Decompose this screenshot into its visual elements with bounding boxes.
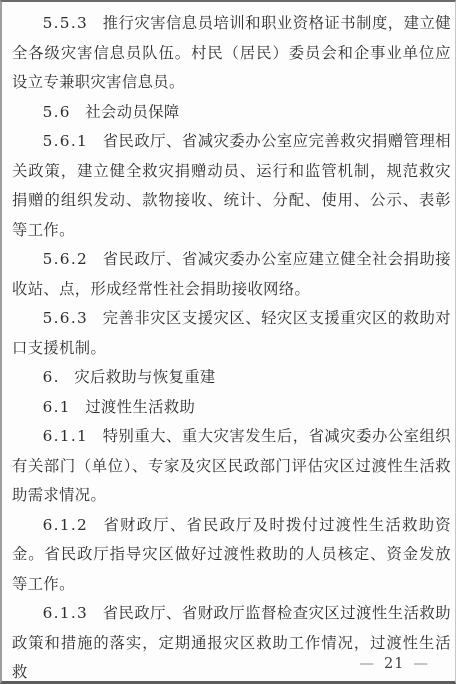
page-number-dash-right: — <box>414 656 430 672</box>
clause-number: 6.1.2 <box>43 516 88 534</box>
page-number-dash-left: — <box>360 656 376 672</box>
clause-number: 6. <box>43 368 60 386</box>
heading-6: 6.灾后救助与恢复重建 <box>12 363 451 393</box>
clause-number: 5.6.3 <box>43 309 88 327</box>
paragraph-5-6-1: 5.6.1省民政厅、省减灾委办公室应完善救灾捐赠管理相关政策，建立健全救灾捐赠动… <box>12 127 451 245</box>
clause-text: 灾后救助与恢复重建 <box>74 368 215 386</box>
clause-number: 5.6.2 <box>43 250 88 268</box>
heading-6-1: 6.1过渡性生活救助 <box>12 393 451 423</box>
paragraph-6-1-1: 6.1.1特别重大、重大灾害发生后，省减灾委办公室组织有关部门（单位）、专家及灾… <box>12 422 451 511</box>
document-page: 5.5.3推行灾害信息员培训和职业资格证书制度，建立健全各级灾害信息员队伍。村民… <box>0 0 456 684</box>
heading-5-6: 5.6社会动员保障 <box>12 98 451 128</box>
clause-number: 5.6 <box>43 103 71 121</box>
clause-text: 社会动员保障 <box>85 103 179 121</box>
clause-number: 6.1 <box>43 398 71 416</box>
paragraph-5-6-3: 5.6.3完善非灾区支援灾区、轻灾区支援重灾区的救助对口支援机制。 <box>12 304 451 363</box>
clause-number: 5.5.3 <box>43 14 88 32</box>
clause-text: 过渡性生活救助 <box>85 398 195 416</box>
page-number-value: 21 <box>384 656 404 672</box>
clause-number: 6.1.3 <box>43 604 88 622</box>
clause-number: 6.1.1 <box>43 427 88 445</box>
page-number: —21— <box>360 656 429 672</box>
paragraph-5-6-2: 5.6.2省民政厅、省减灾委办公室应建立健全社会捐助接收站、点，形成经常性社会捐… <box>12 245 451 304</box>
paragraph-6-1-2: 6.1.2省财政厅、省民政厅及时拨付过渡性生活救助资金。省民政厅指导灾区做好过渡… <box>12 511 451 600</box>
paragraph-5-5-3: 5.5.3推行灾害信息员培训和职业资格证书制度，建立健全各级灾害信息员队伍。村民… <box>12 9 451 98</box>
document-body: 5.5.3推行灾害信息员培训和职业资格证书制度，建立健全各级灾害信息员队伍。村民… <box>2 2 455 684</box>
clause-number: 5.6.1 <box>43 132 88 150</box>
